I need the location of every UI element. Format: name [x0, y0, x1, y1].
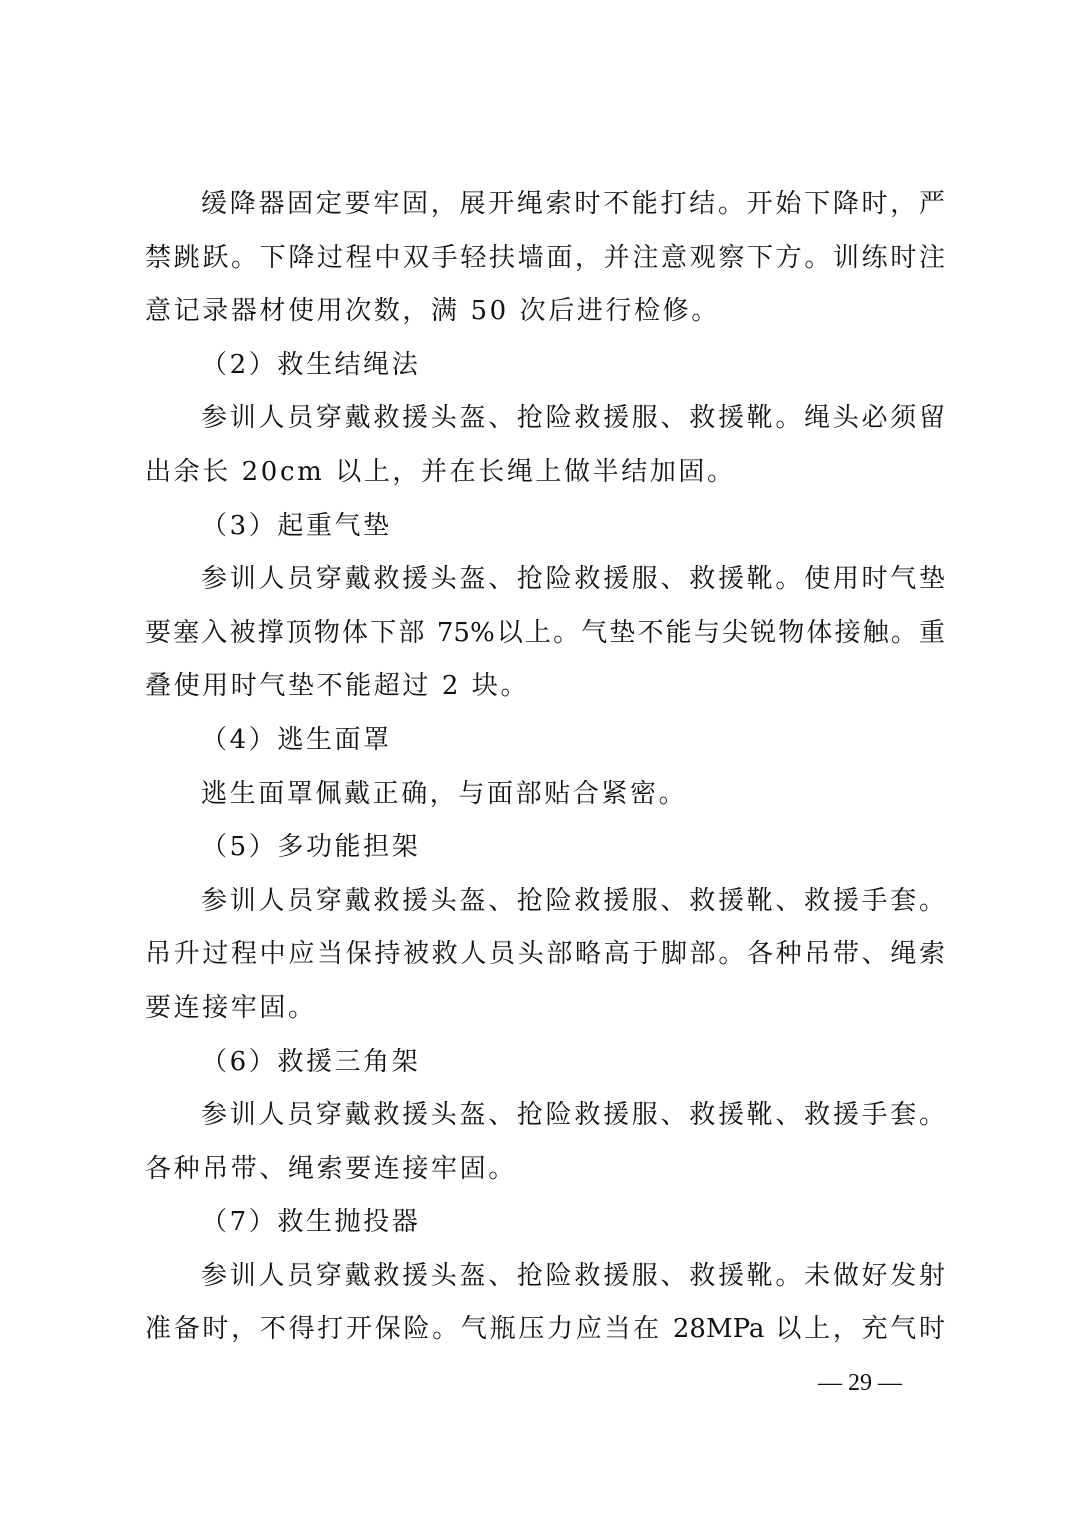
section-heading-3: （3）起重气垫	[145, 500, 945, 554]
document-page: 缓降器固定要牢固，展开绳索时不能打结。开始下降时，严 禁跳跃。下降过程中双手轻扶…	[145, 178, 945, 1357]
section-heading-4: （4）逃生面罩	[145, 714, 945, 768]
body-line: 准备时，不得打开保险。气瓶压力应当在 28MPa 以上，充气时	[145, 1303, 945, 1357]
body-line: 要连接牢固。	[145, 982, 945, 1036]
section-heading-2: （2）救生结绳法	[145, 339, 945, 393]
body-line: 禁跳跃。下降过程中双手轻扶墙面，并注意观察下方。训练时注	[145, 232, 945, 286]
body-line: 参训人员穿戴救援头盔、抢险救援服、救援靴。未做好发射	[145, 1250, 945, 1304]
body-line: 要塞入被撑顶物体下部 75%以上。气垫不能与尖锐物体接触。重	[145, 607, 945, 661]
section-heading-5: （5）多功能担架	[145, 821, 945, 875]
body-line: 叠使用时气垫不能超过 2 块。	[145, 660, 945, 714]
section-heading-7: （7）救生抛投器	[145, 1196, 945, 1250]
body-line: 出余长 20cm 以上，并在长绳上做半结加固。	[145, 446, 945, 500]
body-line: 意记录器材使用次数，满 50 次后进行检修。	[145, 285, 945, 339]
section-heading-6: （6）救援三角架	[145, 1036, 945, 1090]
body-line: 逃生面罩佩戴正确，与面部贴合紧密。	[145, 768, 945, 822]
page-number: — 29 —	[818, 1370, 902, 1397]
body-line: 吊升过程中应当保持被救人员头部略高于脚部。各种吊带、绳索	[145, 928, 945, 982]
body-line: 各种吊带、绳索要连接牢固。	[145, 1143, 945, 1197]
body-line: 参训人员穿戴救援头盔、抢险救援服、救援靴。使用时气垫	[145, 553, 945, 607]
body-line: 参训人员穿戴救援头盔、抢险救援服、救援靴。绳头必须留	[145, 392, 945, 446]
body-line: 参训人员穿戴救援头盔、抢险救援服、救援靴、救援手套。	[145, 1089, 945, 1143]
body-line: 参训人员穿戴救援头盔、抢险救援服、救援靴、救援手套。	[145, 875, 945, 929]
body-line: 缓降器固定要牢固，展开绳索时不能打结。开始下降时，严	[145, 178, 945, 232]
